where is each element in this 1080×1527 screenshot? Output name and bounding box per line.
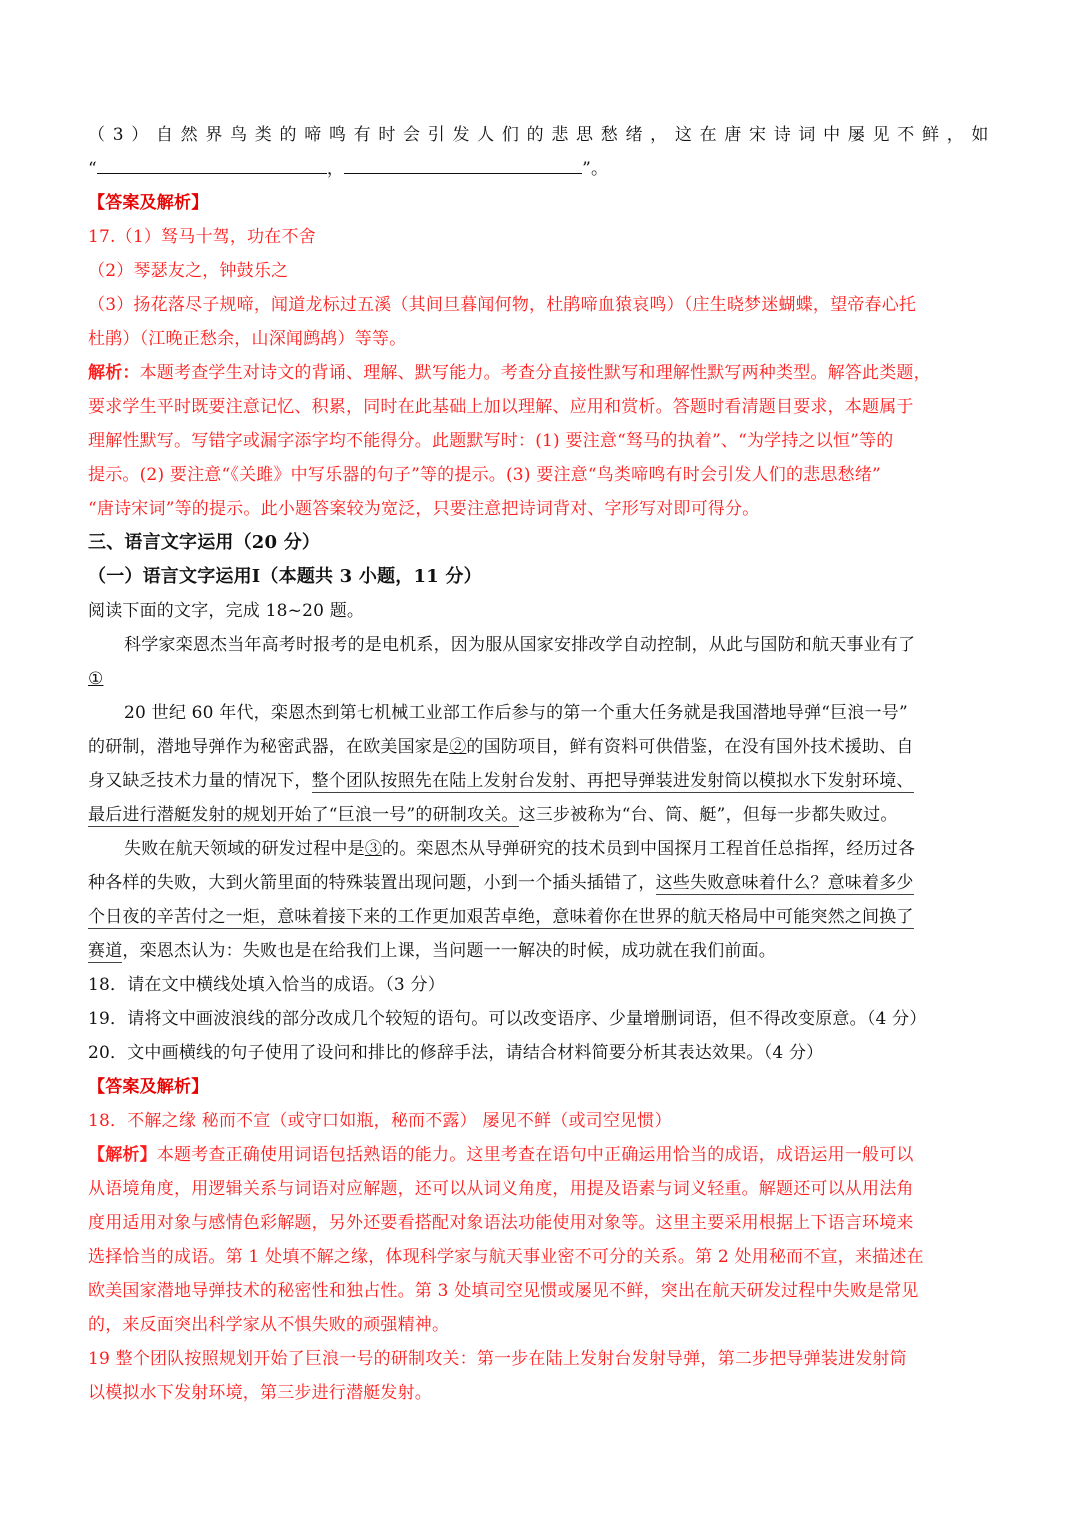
question-19: 19．请将文中画波浪线的部分改成几个较短的语句。可以改变语序、少量增删词语，但不…	[88, 1002, 994, 1036]
passage-p1-line2: ①	[88, 662, 994, 696]
analysis-label: 【解析】	[88, 1145, 157, 1165]
q17-analysis-line2: 要求学生平时既要注意记忆、积累，同时在此基础上加以理解、应用和赏析。答题时看清题…	[88, 390, 994, 424]
q17-answer-3-line2: 杜鹃）（江晚正愁余，山深闻鹧鸪）等等。	[88, 322, 994, 356]
passage-p3-line3: 个日夜的辛苦付之一炬，意味着接下来的工作更加艰苦卓绝，意味着你在世界的航天格局中…	[88, 900, 994, 934]
q17-analysis-line4: 提示。(2) 要注意“《关雎》中写乐器的句子”等的提示。(3) 要注意“鸟类啼鸣…	[88, 458, 994, 492]
q17-answer-2: （2）琴瑟友之，钟鼓乐之	[88, 254, 994, 288]
q17-part3-blanks: “，”。	[88, 152, 994, 186]
blank-marker-1: ①	[88, 669, 103, 689]
q18-analysis-line4: 选择恰当的成语。第 1 处填不解之缘，体现科学家与航天事业密不可分的关系。第 2…	[88, 1240, 994, 1274]
q17-analysis-line3: 理解性默写。写错字或漏字添字均不能得分。此题默写时：(1) 要注意“驽马的执着”…	[88, 424, 994, 458]
text: 身又缺乏技术力量的情况下，	[88, 771, 312, 791]
wavy-underlined-text: 整个团队按照先在陆上发射台发射、再把导弹装进发射筒以模拟水下发射环境、	[312, 771, 914, 793]
section-title: 三、语言文字运用（20 分）	[88, 526, 994, 560]
text: 的研制，潜地导弹作为秘密武器，在欧美国家是	[88, 737, 449, 757]
underlined-text: 个日夜的辛苦付之一炬，意味着接下来的工作更加艰苦卓绝，意味着你在世界的航天格局中…	[88, 907, 914, 929]
q18-analysis-line2: 从语境角度，用逻辑关系与词语对应解题，还可以从词义角度，用提及语素与词义轻重。解…	[88, 1172, 994, 1206]
wavy-underlined-text: 最后进行潜艇发射的规划开始了“巨浪一号”的研制攻关。	[88, 805, 519, 827]
q18-analysis-line5: 欧美国家潜地导弹技术的秘密性和独占性。第 3 处填司空见惯或屡见不鲜，突出在航天…	[88, 1274, 994, 1308]
underlined-text: 赛道	[88, 941, 122, 963]
q17-answer-1: 17.（1）驽马十驾，功在不舍	[88, 220, 994, 254]
text: 这三步被称为“台、筒、艇”，但每一步都失败过。	[519, 805, 898, 825]
document-page: （3）自然界鸟类的啼鸣有时会引发人们的悲思愁绪，这在唐宋诗词中屡见不鲜，如 “，…	[88, 118, 994, 1410]
blank-marker-3: ③	[365, 839, 382, 859]
reading-instruction: 阅读下面的文字，完成 18~20 题。	[88, 594, 994, 628]
q17-analysis-line1: 解析：本题考查学生对诗文的背诵、理解、默写能力。考查分直接性默写和理解性默写两种…	[88, 356, 994, 390]
text: 失败在航天领域的研发过程中是	[124, 839, 365, 859]
question-20: 20．文中画横线的句子使用了设问和排比的修辞手法，请结合材料简要分析其表达效果。…	[88, 1036, 994, 1070]
text: ，栾恩杰认为：失败也是在给我们上课，当问题一一解决的时候，成功就在我们前面。	[122, 941, 776, 961]
q17-part3-prompt: （3）自然界鸟类的啼鸣有时会引发人们的悲思愁绪，这在唐宋诗词中屡见不鲜，如	[88, 118, 994, 152]
passage-p2-line4: 最后进行潜艇发射的规划开始了“巨浪一号”的研制攻关。这三步被称为“台、筒、艇”，…	[88, 798, 994, 832]
open-quote: “	[88, 159, 97, 179]
passage-p3-line2: 种各样的失败，大到火箭里面的特殊装置出现问题，小到一个插头插错了，这些失败意味着…	[88, 866, 994, 900]
answer-blank-2	[344, 155, 582, 174]
passage-p2-line3: 身又缺乏技术力量的情况下，整个团队按照先在陆上发射台发射、再把导弹装进发射筒以模…	[88, 764, 994, 798]
text: 的。栾恩杰从导弹研究的技术员到中国探月工程首任总指挥，经历过各	[382, 839, 915, 859]
q18-answer: 18．不解之缘 秘而不宣（或守口如瓶，秘而不露） 屡见不鲜（或司空见惯）	[88, 1104, 994, 1138]
blank-marker-2: ②	[449, 737, 466, 757]
q18-analysis-line6: 的，来反面突出科学家从不惧失败的顽强精神。	[88, 1308, 994, 1342]
analysis-text: 本题考查正确使用词语包括熟语的能力。这里考查在语句中正确运用恰当的成语，成语运用…	[157, 1145, 914, 1165]
passage-p2-line1: 20 世纪 60 年代，栾恩杰到第七机械工业部工作后参与的第一个重大任务就是我国…	[88, 696, 994, 730]
answer-header: 【答案及解析】	[88, 186, 994, 220]
analysis-label: 解析：	[88, 363, 140, 383]
question-18: 18．请在文中横线处填入恰当的成语。（3 分）	[88, 968, 994, 1002]
answer-blank-1	[97, 155, 327, 174]
q19-answer-line2: 以模拟水下发射环境，第三步进行潜艇发射。	[88, 1376, 994, 1410]
passage-p1-line1: 科学家栾恩杰当年高考时报考的是电机系，因为服从国家安排改学自动控制，从此与国防和…	[88, 628, 994, 662]
answer-header: 【答案及解析】	[88, 1070, 994, 1104]
q18-analysis-line1: 【解析】本题考查正确使用词语包括熟语的能力。这里考查在语句中正确运用恰当的成语，…	[88, 1138, 994, 1172]
section-subtitle: （一）语言文字运用Ⅰ（本题共 3 小题，11 分）	[88, 560, 994, 594]
underlined-text: 这些失败意味着什么？意味着多少	[656, 873, 914, 895]
passage-p3-line4: 赛道，栾恩杰认为：失败也是在给我们上课，当问题一一解决的时候，成功就在我们前面。	[88, 934, 994, 968]
text: 种各样的失败，大到火箭里面的特殊装置出现问题，小到一个插头插错了，	[88, 873, 656, 893]
analysis-text: 本题考查学生对诗文的背诵、理解、默写能力。考查分直接性默写和理解性默写两种类型。…	[140, 363, 931, 383]
q18-analysis-line3: 度用适用对象与感情色彩解题，另外还要看搭配对象语法功能使用对象等。这里主要采用根…	[88, 1206, 994, 1240]
comma: ，	[327, 159, 344, 179]
passage-p3-line1: 失败在航天领域的研发过程中是③的。栾恩杰从导弹研究的技术员到中国探月工程首任总指…	[88, 832, 994, 866]
q19-answer-line1: 19 整个团队按照规划开始了巨浪一号的研制攻关：第一步在陆上发射台发射导弹，第二…	[88, 1342, 994, 1376]
close-quote: ”。	[582, 159, 608, 179]
text: 的国防项目，鲜有资料可供借鉴，在没有国外技术援助、自	[466, 737, 913, 757]
q17-answer-3-line1: （3）扬花落尽子规啼，闻道龙标过五溪（其间旦暮闻何物，杜鹃啼血猿哀鸣）（庄生晓梦…	[88, 288, 994, 322]
passage-p2-line2: 的研制，潜地导弹作为秘密武器，在欧美国家是②的国防项目，鲜有资料可供借鉴，在没有…	[88, 730, 994, 764]
q17-analysis-line5: “唐诗宋词”等的提示。此小题答案较为宽泛，只要注意把诗词背对、字形写对即可得分。	[88, 492, 994, 526]
